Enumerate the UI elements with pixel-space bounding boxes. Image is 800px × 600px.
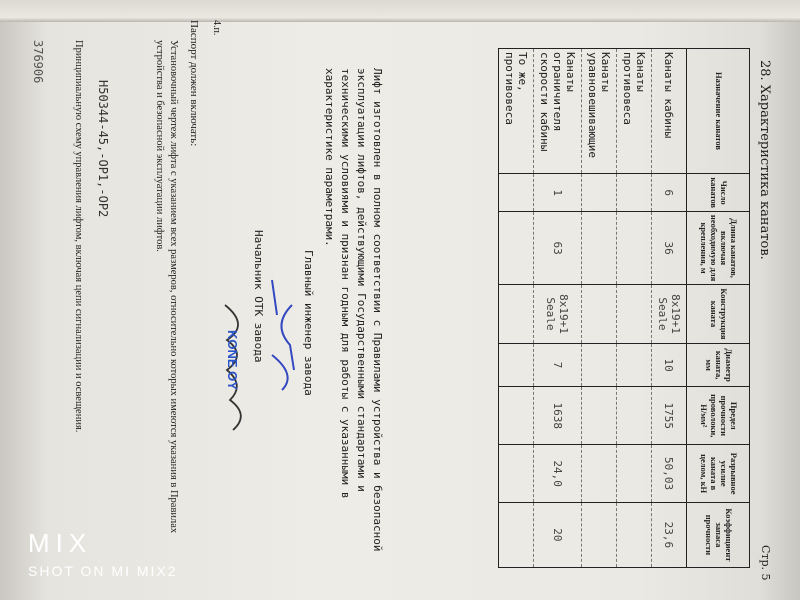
row-safety-factor: 23,6	[652, 502, 687, 567]
chief-engineer-signature	[262, 275, 302, 395]
watermark-caption: SHOT ON MI MIX2	[28, 563, 178, 579]
serial-number: 376906	[31, 40, 45, 83]
row-construction	[499, 284, 534, 343]
row-diameter	[617, 344, 652, 387]
row-construction	[617, 284, 652, 343]
row-name: Канаты кабины	[652, 49, 687, 174]
row-strength	[617, 387, 652, 445]
header-count: Число канатов	[687, 174, 750, 212]
row-breaking-force	[617, 445, 652, 502]
row-length: 63	[534, 212, 582, 285]
table-row: Канаты ограничителя скорости кабины 1 63…	[534, 49, 582, 568]
row-strength	[499, 387, 534, 445]
row-safety-factor	[617, 502, 652, 567]
row-name: То же, противовеса	[499, 49, 534, 174]
row-safety-factor	[499, 502, 534, 567]
row-safety-factor: 20	[534, 502, 582, 567]
row-diameter	[582, 344, 617, 387]
camera-watermark: MIX SHOT ON MI MIX2	[28, 528, 178, 579]
table-row: Канаты противовеса	[617, 49, 652, 568]
passport-item-2: Принципиальную схему управления лифтом, …	[71, 40, 85, 580]
table-row: Канаты уравновешивающие	[582, 49, 617, 568]
row-breaking-force	[582, 445, 617, 502]
row-name: Канаты противовеса	[617, 49, 652, 174]
row-length: 36	[652, 212, 687, 285]
row-count: 1	[534, 174, 582, 212]
passport-intro: Паспорт должен включать:	[188, 20, 200, 146]
row-strength: 1755	[652, 387, 687, 445]
photo-background: 28. Характеристика канатов. Стр. 5 Назна…	[0, 0, 800, 600]
ropes-table: Назначение канатов Число канатов Длина к…	[498, 48, 750, 568]
row-construction	[582, 284, 617, 343]
row-name: Канаты ограничителя скорости кабины	[534, 49, 582, 174]
watermark-brand: MIX	[28, 528, 178, 559]
row-safety-factor	[582, 502, 617, 567]
header-purpose: Назначение канатов	[687, 49, 750, 174]
row-length	[617, 212, 652, 285]
row-construction: 8x19+1 Seale	[652, 284, 687, 343]
row-breaking-force	[499, 445, 534, 502]
header-diameter: Диаметр каната, мм	[687, 344, 750, 387]
kone-stamp: KONE OY	[225, 330, 240, 390]
page-number: Стр. 5	[759, 545, 772, 581]
row-count	[582, 174, 617, 212]
passport-prefix: 4.п.	[211, 20, 222, 35]
row-count: 6	[652, 174, 687, 212]
header-construction: Конструкция каната	[687, 284, 750, 343]
row-strength	[582, 387, 617, 445]
table-row: Канаты кабины 6 36 8x19+1 Seale 10 1755 …	[652, 49, 687, 568]
row-breaking-force: 24,0	[534, 445, 582, 502]
compliance-statement: Лифт изготовлен в полном соответствии с …	[321, 68, 385, 568]
table-title: 28. Характеристика канатов.	[757, 60, 772, 260]
header-length: Длина канатов, включая необходимую для к…	[687, 212, 750, 285]
row-count	[499, 174, 534, 212]
passport-item-1: Установочный чертеж лифта с указанием вс…	[153, 40, 180, 580]
document-page: 28. Характеристика канатов. Стр. 5 Назна…	[0, 0, 800, 600]
row-construction: 8x19+1 Seale	[534, 284, 582, 343]
row-diameter: 7	[534, 344, 582, 387]
row-diameter: 10	[652, 344, 687, 387]
row-count	[617, 174, 652, 212]
row-length	[499, 212, 534, 285]
table-row: То же, противовеса	[499, 49, 534, 568]
drawing-code: H50344-45,-OP1,-OP2	[96, 80, 110, 217]
row-breaking-force: 50,03	[652, 445, 687, 502]
row-name: Канаты уравновешивающие	[582, 49, 617, 174]
header-safety-factor: Коэффициент запаса прочности	[687, 502, 750, 567]
header-breaking-force: Разрывное усилие каната в целом, кН	[687, 445, 750, 502]
table-header-row: Назначение канатов Число канатов Длина к…	[687, 49, 750, 568]
chief-engineer-label: Главный инженер завода	[302, 250, 315, 396]
row-diameter	[499, 344, 534, 387]
header-strength: Предел прочности проволоки, Н/мм²	[687, 387, 750, 445]
row-strength: 1638	[534, 387, 582, 445]
row-length	[582, 212, 617, 285]
